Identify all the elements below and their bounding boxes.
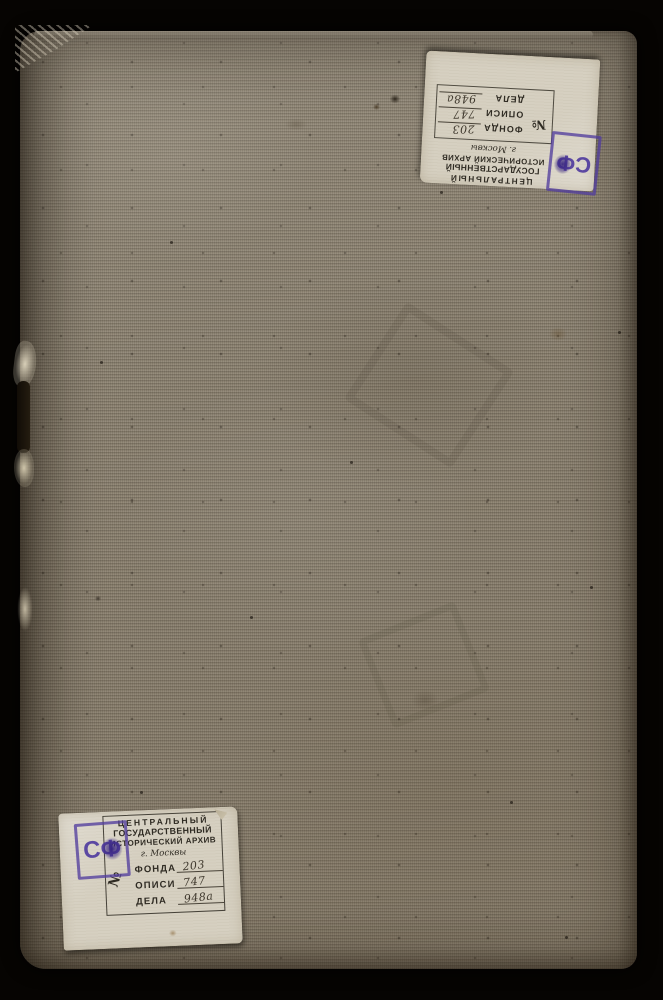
speck	[565, 936, 568, 939]
cover-top-edge-highlight	[34, 31, 593, 38]
sf-stamp: СФ	[74, 820, 131, 880]
field-value-opis: 747	[183, 874, 207, 889]
speck	[100, 361, 103, 364]
smudge-stain	[408, 687, 442, 713]
speck	[170, 241, 173, 244]
faint-stain	[282, 117, 310, 132]
numero-sign: №	[531, 116, 546, 132]
label-paper: ЦЕНТРАЛЬНЫЙ ГОСУДАРСТВЕННЫЙ ИСТОРИЧЕСКИЙ…	[58, 806, 243, 950]
ghost-impression-1	[344, 302, 515, 469]
spine-wear-patch	[16, 583, 34, 635]
archive-label-top: ЦЕНТРАЛЬНЫЙ ГОСУДАРСТВЕННЫЙ ИСТОРИЧЕСКИЙ…	[420, 51, 601, 192]
brown-stain	[372, 103, 381, 111]
speck	[510, 801, 513, 804]
spine-tear-gap	[17, 381, 30, 453]
archive-label-bottom: ЦЕНТРАЛЬНЫЙ ГОСУДАРСТВЕННЫЙ ИСТОРИЧЕСКИЙ…	[58, 806, 243, 950]
sf-stamp: СФ	[546, 131, 602, 196]
speck	[350, 461, 353, 464]
field-value-fond: 203	[452, 122, 475, 135]
speck	[590, 586, 593, 589]
archive-name-block: ЦЕНТРАЛЬНЫЙ ГОСУДАРСТВЕННЫЙ ИСТОРИЧЕСКИЙ…	[428, 140, 558, 188]
label-fields: ФОНДА 203 ОПИСИ 747 ДЕЛА 948а	[436, 89, 524, 138]
label-fields: ФОНДА 203 ОПИСИ 747 ДЕЛА 948а	[134, 857, 225, 909]
field-label-fond: ФОНДА	[134, 863, 176, 876]
speck	[618, 331, 621, 334]
paper-stain	[168, 929, 177, 937]
field-label-opis: ОПИСИ	[485, 108, 524, 120]
field-label-delo: ДЕЛА	[136, 895, 167, 907]
field-value-fond: 203	[182, 858, 206, 873]
speck	[250, 616, 253, 619]
field-value-opis: 747	[453, 107, 476, 120]
field-label-fond: ФОНДА	[483, 123, 523, 135]
dark-speck	[94, 595, 102, 602]
field-label-delo: ДЕЛА	[494, 93, 524, 105]
speck	[440, 191, 443, 194]
spine-tear-light	[14, 449, 34, 487]
speck	[140, 791, 143, 794]
label-paper: ЦЕНТРАЛЬНЫЙ ГОСУДАРСТВЕННЫЙ ИСТОРИЧЕСКИЙ…	[420, 51, 601, 192]
brown-stain	[546, 325, 570, 343]
dark-stain	[388, 93, 402, 105]
photo-of-archive-book: { "photo": { "background_color": "#06040…	[0, 0, 663, 1000]
field-label-opis: ОПИСИ	[135, 879, 176, 892]
field-value-delo: 948а	[446, 92, 476, 106]
